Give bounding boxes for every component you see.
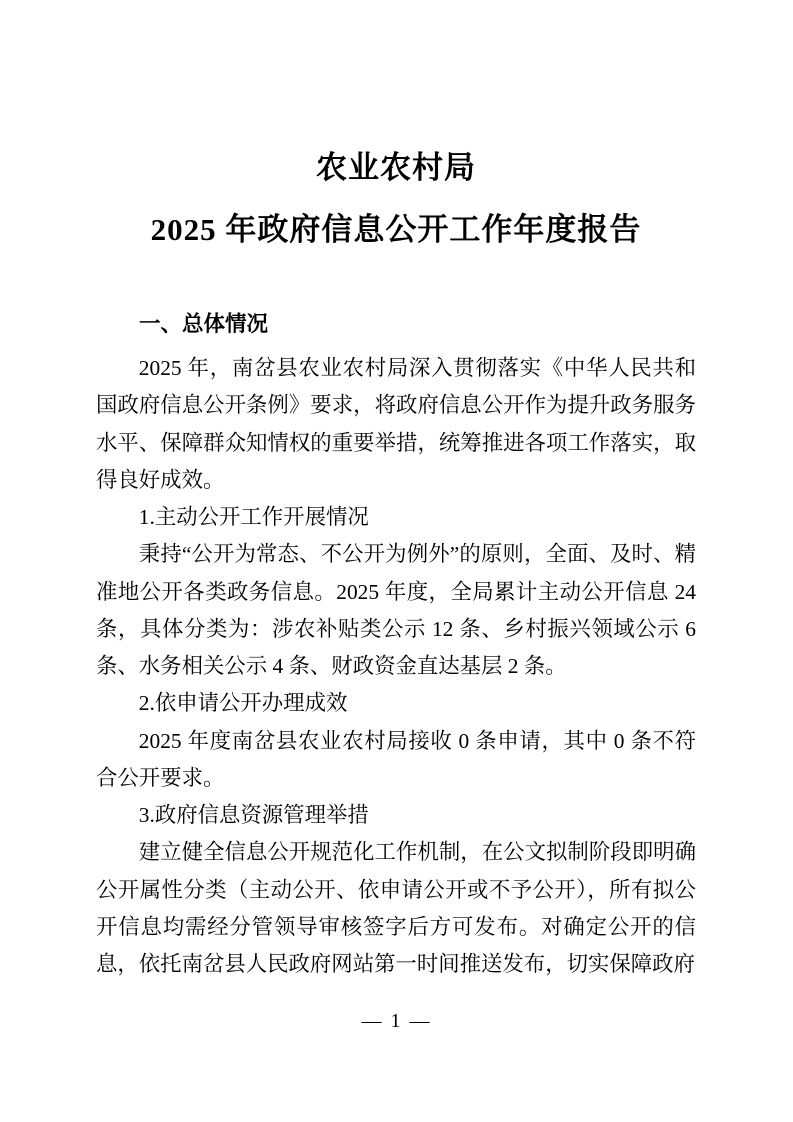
subheading-proactive-disclosure: 1.主动公开工作开展情况 [96, 499, 696, 536]
subheading-resource-management: 3.政府信息资源管理举措 [96, 797, 696, 834]
page-footer: — 1 — [0, 1010, 793, 1032]
subheading-application-disclosure: 2.依申请公开办理成效 [96, 685, 696, 722]
paragraph-proactive-disclosure: 秉持“公开为常态、不公开为例外”的原则，全面、及时、精准地公开各类政务信息。20… [96, 536, 696, 685]
document-title-line1: 农业农村局 [96, 150, 696, 186]
paragraph-application-disclosure: 2025 年度南岔县农业农村局接收 0 条申请，其中 0 条不符合公开要求。 [96, 723, 696, 798]
document-body: 一、总体情况 2025 年，南岔县农业农村局深入贯彻落实《中华人民共和国政府信息… [96, 306, 696, 983]
document-title-line2: 2025 年政府信息公开工作年度报告 [96, 212, 696, 248]
document-header: 农业农村局 2025 年政府信息公开工作年度报告 [96, 150, 696, 248]
document-page: 农业农村局 2025 年政府信息公开工作年度报告 一、总体情况 2025 年，南… [0, 0, 793, 1122]
page-number: — 1 — [362, 1010, 432, 1032]
section-heading-overview: 一、总体情况 [96, 306, 696, 343]
paragraph-resource-management: 建立健全信息公开规范化工作机制，在公文拟制阶段即明确公开属性分类（主动公开、依申… [96, 834, 696, 983]
paragraph-overview: 2025 年，南岔县农业农村局深入贯彻落实《中华人民共和国政府信息公开条例》要求… [96, 350, 696, 499]
